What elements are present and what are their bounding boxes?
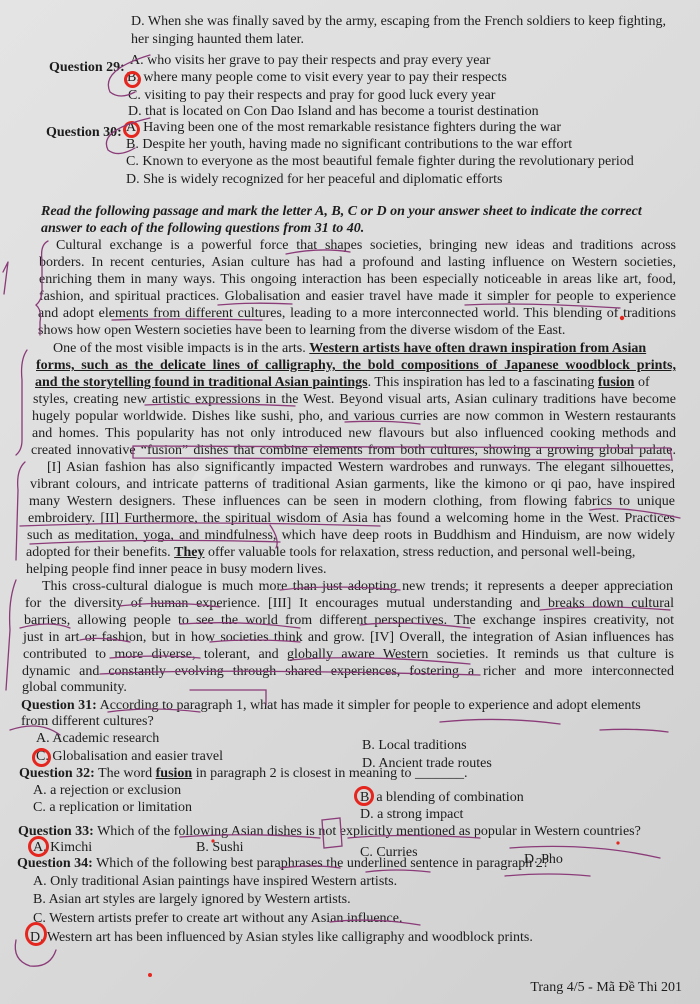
q32-option-a[interactable]: A. a rejection or exclusion <box>33 783 181 799</box>
answer-mark-circle <box>25 922 47 946</box>
answer-mark-circle <box>124 71 141 88</box>
underlined-sentence: forms, such as the delicate lines of cal… <box>36 358 676 374</box>
instruction-line-2: answer to each of the following question… <box>41 221 364 237</box>
q30-option-d[interactable]: D. She is widely recognized for her peac… <box>126 172 502 188</box>
q28-option-d: D. When she was finally saved by the arm… <box>131 14 666 30</box>
q30-option-a[interactable]: A. Having been one of the most remarkabl… <box>126 120 561 136</box>
q32-word-fusion: fusion <box>156 766 193 781</box>
q34-option-a[interactable]: A. Only traditional Asian paintings have… <box>33 874 397 890</box>
q29-option-d[interactable]: D. that is located on Con Dao Island and… <box>128 104 539 120</box>
q33-label: Question 33: <box>18 824 94 839</box>
answer-mark-circle <box>123 121 140 138</box>
q31-option-b[interactable]: B. Local traditions <box>362 738 467 754</box>
q31-label: Question 31: <box>21 698 97 713</box>
q32-option-c[interactable]: C. a replication or limitation <box>33 800 192 816</box>
q34-label: Question 34: <box>17 856 93 871</box>
answer-mark-circle <box>354 786 374 806</box>
q29-option-a[interactable]: A. who visits her grave to pay their res… <box>130 53 490 69</box>
underlined-sentence: and the storytelling found in traditiona… <box>35 375 368 390</box>
q30-label: Question 30: <box>46 125 122 141</box>
page-footer: Trang 4/5 - Mã Đề Thi 201 <box>530 980 682 996</box>
q34-stem: Which of the following best paraphrases … <box>96 856 549 871</box>
q32-option-d[interactable]: D. a strong impact <box>360 807 463 823</box>
highlighted-word-fusion: fusion <box>598 375 635 390</box>
q32-label: Question 32: <box>19 766 95 781</box>
underlined-sentence: Western artists have often drawn inspira… <box>309 341 646 356</box>
q34-option-c[interactable]: C. Western artists prefer to create art … <box>33 911 403 927</box>
q30-option-c[interactable]: C. Known to everyone as the most beautif… <box>126 154 634 170</box>
q30-option-b[interactable]: B. Despite her youth, having made no sig… <box>126 137 572 153</box>
q29-label: Question 29: <box>49 60 125 76</box>
q28-option-d-cont: her singing haunted them later. <box>131 32 304 48</box>
highlighted-word-they: They <box>174 545 204 560</box>
q33-option-b[interactable]: B. Sushi <box>196 840 243 856</box>
q29-option-c[interactable]: C. visiting to pay their respects and pr… <box>128 88 495 104</box>
answer-mark-circle <box>32 748 51 767</box>
instruction-line-1: Read the following passage and mark the … <box>41 204 642 220</box>
q31-stem: According to paragraph 1, what has made … <box>100 698 641 713</box>
q33-stem: Which of the following Asian dishes is n… <box>97 824 641 839</box>
q31-option-c[interactable]: C. Globalisation and easier travel <box>36 749 223 765</box>
q34-option-d[interactable]: D. Western art has been influenced by As… <box>30 930 533 946</box>
q29-option-b[interactable]: B. where many people come to visit every… <box>127 70 507 86</box>
q31-stem-cont: from different cultures? <box>21 714 154 730</box>
answer-mark-circle <box>28 836 49 857</box>
exam-page: e D. When she was finally saved by the a… <box>0 0 700 1004</box>
q31-option-a[interactable]: A. Academic research <box>36 731 159 747</box>
q32-option-b[interactable]: B. a blending of combination <box>360 790 524 806</box>
q34-option-b[interactable]: B. Asian art styles are largely ignored … <box>33 892 351 908</box>
